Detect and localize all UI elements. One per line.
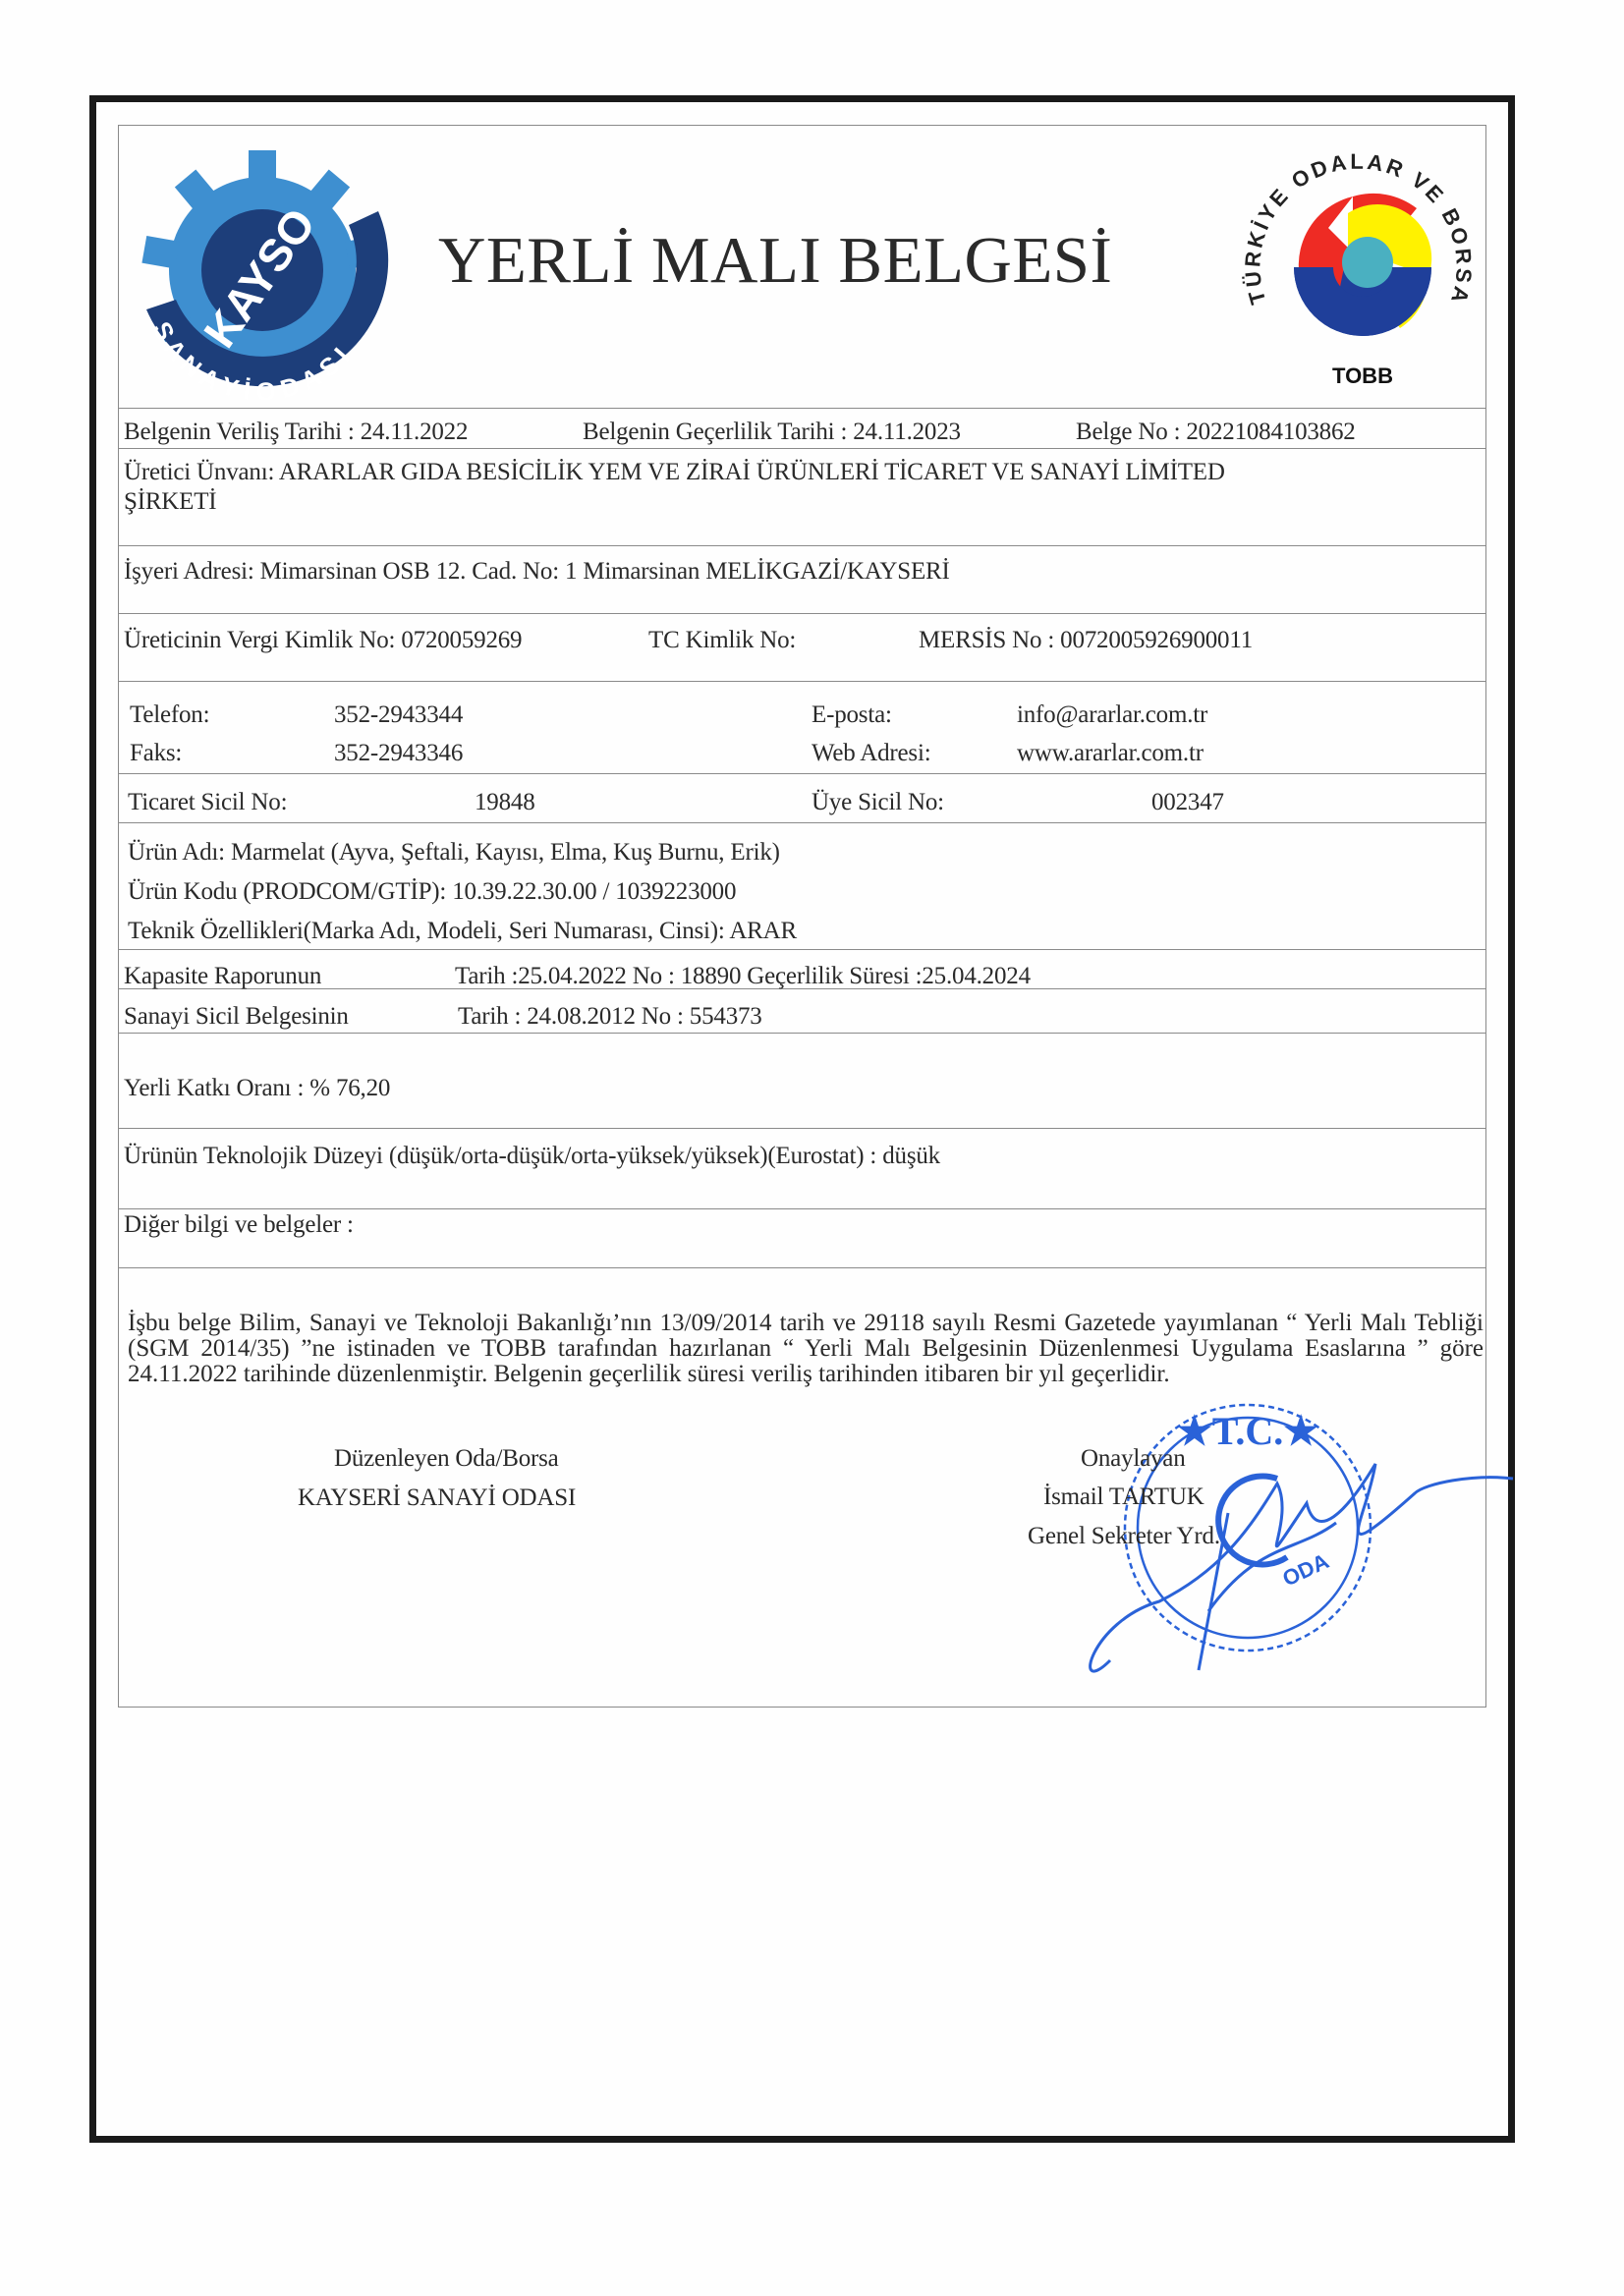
product-code: Ürün Kodu (PRODCOM/GTİP): 10.39.22.30.00…	[128, 877, 736, 907]
phone-value: 352-2943344	[334, 700, 463, 730]
divider	[118, 822, 1486, 823]
divider	[118, 408, 1486, 409]
document-title: YERLİ MALI BELGESİ	[438, 221, 1112, 300]
producer-title: Üretici Ünvanı: ARARLAR GIDA BESİCİLİK Y…	[124, 458, 1225, 487]
tobb-label: TOBB	[1332, 364, 1393, 388]
member-registry-value: 002347	[1151, 788, 1224, 817]
validity-date: Belgenin Geçerlilik Tarihi : 24.11.2023	[583, 418, 961, 447]
tobb-logo-icon: TÜRKİYE ODALAR VE BORSALAR BİRLİĞİ TOBB	[1225, 130, 1500, 403]
fax-value: 352-2943346	[334, 739, 463, 768]
divider	[118, 773, 1486, 774]
technology-level: Ürünün Teknolojik Düzeyi (düşük/orta-düş…	[124, 1142, 940, 1171]
tc-id: TC Kimlik No:	[648, 626, 796, 655]
approver-role: Genel Sekreter Yrd.	[1028, 1522, 1220, 1551]
fax-label: Faks:	[130, 739, 182, 768]
other-info: Diğer bilgi ve belgeler :	[124, 1210, 354, 1240]
web-value: www.ararlar.com.tr	[1017, 739, 1204, 768]
product-specs: Teknik Özellikleri(Marka Adı, Modeli, Se…	[128, 917, 797, 946]
divider	[118, 1033, 1486, 1034]
email-label: E-posta:	[812, 700, 892, 730]
divider	[118, 613, 1486, 614]
divider	[118, 545, 1486, 546]
capacity-label: Kapasite Raporunun	[124, 962, 321, 991]
divider	[118, 681, 1486, 682]
divider	[118, 949, 1486, 950]
industry-registry-details: Tarih : 24.08.2012 No : 554373	[458, 1002, 762, 1032]
local-content-rate: Yerli Katkı Oranı : % 76,20	[124, 1074, 390, 1103]
document-number: Belge No : 20221084103862	[1076, 418, 1356, 447]
svg-text:★T.C.★: ★T.C.★	[1177, 1409, 1318, 1453]
approver-label: Onaylayan	[1081, 1444, 1186, 1474]
web-label: Web Adresi:	[812, 739, 930, 768]
capacity-details: Tarih :25.04.2022 No : 18890 Geçerlilik …	[455, 962, 1031, 991]
member-registry-label: Üye Sicil No:	[812, 788, 944, 817]
business-address: İşyeri Adresi: Mimarsinan OSB 12. Cad. N…	[124, 557, 950, 587]
phone-label: Telefon:	[130, 700, 209, 730]
issuer-label: Düzenleyen Oda/Borsa	[334, 1444, 559, 1474]
mersis-no: MERSİS No : 0072005926900011	[919, 626, 1253, 655]
issuer-name: KAYSERİ SANAYİ ODASI	[298, 1484, 576, 1513]
divider	[118, 1208, 1486, 1209]
kayso-logo-icon: KAYSO S A N A Y İ O D A S I	[125, 142, 400, 408]
issue-date: Belgenin Veriliş Tarihi : 24.11.2022	[124, 418, 468, 447]
industry-registry-label: Sanayi Sicil Belgesinin	[124, 1002, 349, 1032]
product-name: Ürün Adı: Marmelat (Ayva, Şeftali, Kayıs…	[128, 838, 780, 868]
producer-title-cont: ŞİRKETİ	[124, 487, 216, 517]
approver-name: İsmail TARTUK	[1043, 1483, 1204, 1512]
divider	[118, 448, 1486, 449]
svg-text:ODA: ODA	[1279, 1548, 1333, 1591]
trade-registry-label: Ticaret Sicil No:	[128, 788, 287, 817]
email-value: info@ararlar.com.tr	[1017, 700, 1207, 730]
divider	[118, 1128, 1486, 1129]
divider	[118, 1267, 1486, 1268]
tax-id: Üreticinin Vergi Kimlik No: 0720059269	[124, 626, 522, 655]
trade-registry-value: 19848	[475, 788, 535, 817]
